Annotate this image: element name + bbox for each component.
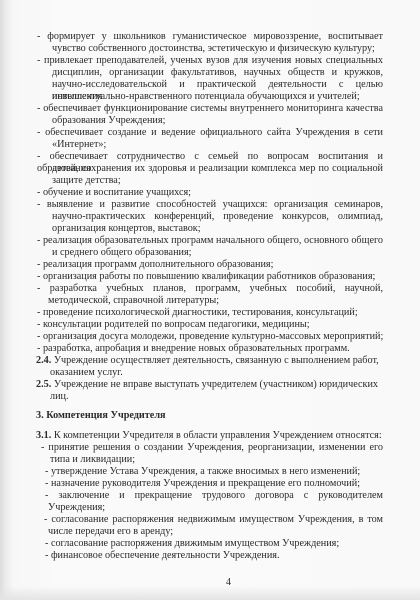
list-item-line: и среднего общего образования; [52, 247, 192, 259]
clause-2-5: 2.5. Учреждение не вправе выступать учре… [36, 379, 384, 391]
list-item-line: дисциплин, организации факультативов, на… [52, 67, 383, 79]
clause-number: 2.4. [36, 355, 51, 366]
clause-text: К компетенции Учредителя в области управ… [54, 430, 382, 441]
list-item-line: - принятие решения о создании Учреждения… [41, 442, 383, 454]
list-item-line: защите детства; [52, 175, 121, 187]
list-item-line: - проведение психологической диагностики… [37, 307, 358, 319]
page-shadow [0, 586, 420, 600]
clause-2-4: 2.4. Учреждение осуществляет деятельност… [36, 355, 384, 367]
clause-text: Учреждение осуществляет деятельность, св… [54, 355, 379, 366]
list-item-line: - реализация программ дополнительного об… [37, 259, 273, 271]
clause-number: 3.1. [36, 430, 51, 441]
list-item-line: образования Учреждения; [52, 115, 165, 127]
list-item-line: детей, сохранения их здоровья и реализац… [52, 163, 383, 175]
clause-2-4-cont: оказанием услуг. [50, 367, 123, 379]
list-item-line: - организация работы по повышению квалиф… [37, 271, 375, 283]
list-item-line: - согласование распоряжения движимым иму… [45, 538, 339, 550]
list-item-line: - обеспечивает создание и ведение официа… [37, 127, 383, 139]
list-item-line: организация концертов, выставок; [52, 223, 201, 235]
list-item-line: типа и ликвидации; [50, 454, 135, 466]
list-item-line: - обеспечивает функционирование системы … [37, 103, 383, 115]
clause-2-5-cont: лиц. [50, 391, 69, 403]
list-item-line: методической, справочной литературы; [48, 295, 219, 307]
list-item-line: - консультации родителей по вопросам пед… [37, 319, 310, 331]
document-page: - формирует у школьников гуманистическое… [0, 0, 420, 600]
list-item-line: Учреждения; [48, 502, 105, 514]
list-item-line: числе передачи его в аренду; [48, 526, 173, 538]
section-3-heading: 3. Компетенция Учредителя [36, 410, 166, 422]
list-item-line: - организация досуга молодежи, проведени… [37, 331, 383, 343]
list-item-line: - утверждение Устава Учреждения, а также… [45, 466, 360, 478]
list-item-line: - привлекает преподавателей, ученых вузо… [37, 55, 383, 67]
list-item-line: - назначение руководителя Учреждения и п… [45, 478, 360, 490]
clause-number: 2.5. [36, 379, 51, 390]
list-item-line: - обучение и воспитание учащихся; [37, 187, 191, 199]
list-item-line: - формирует у школьников гуманистическое… [37, 31, 383, 43]
list-item-line: - финансовое обеспечение деятельности Уч… [45, 550, 280, 562]
list-item-line: - разработка, апробация и внедрение новы… [37, 343, 350, 355]
clause-text: Учреждение не вправе выступать учредител… [54, 379, 378, 390]
list-item-line: - согласование распоряжения недвижимым и… [44, 514, 383, 526]
list-item-line: - реализация образовательных программ на… [37, 235, 383, 247]
list-item-line: чувство собственного достоинства, эстети… [52, 43, 375, 55]
list-item-line: научно-практических конференций, проведе… [52, 211, 383, 223]
list-item-line: «Интернет»; [52, 139, 106, 151]
clause-3-1: 3.1. К компетенции Учредителя в области … [36, 430, 382, 442]
page-number: 4 [226, 577, 231, 588]
list-item-line: - разработка учебных планов, программ, у… [37, 283, 383, 295]
list-item-line: - выявление и развитие способностей учащ… [37, 199, 383, 211]
list-item-line: интеллектуально-нравственного потенциала… [52, 91, 360, 103]
list-item-line: - заключение и прекращение трудового дог… [45, 490, 383, 502]
